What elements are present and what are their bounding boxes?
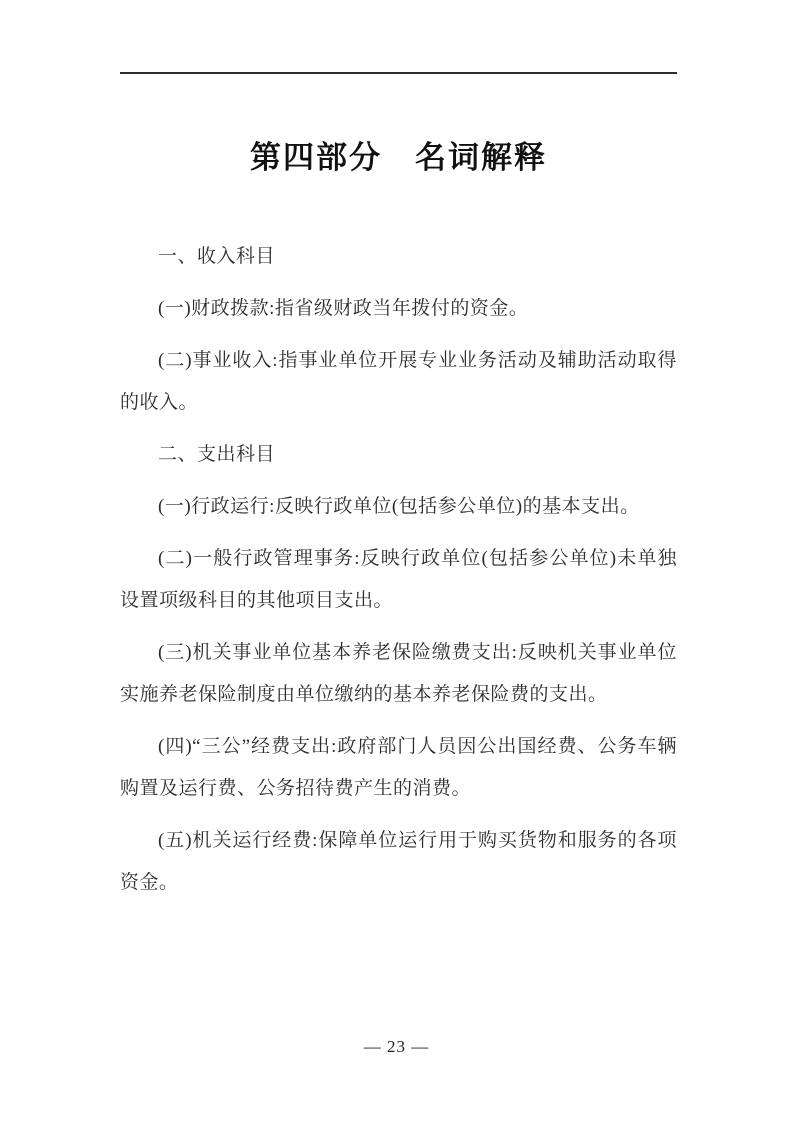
paragraph-general-admin-affairs: (二)一般行政管理事务:反映行政单位(包括参公单位)未单独设置项级科目的其他项目… (120, 538, 677, 622)
page-title: 第四部分 名词解释 (120, 138, 677, 178)
paragraph-administrative-operation: (一)行政运行:反映行政单位(包括参公单位)的基本支出。 (120, 486, 677, 528)
section-heading-expenditure: 二、支出科目 (120, 434, 677, 476)
header-rule (120, 72, 677, 74)
page-number: — 23 — (0, 1036, 793, 1058)
document-body: 一、收入科目 (一)财政拨款:指省级财政当年拨付的资金。 (二)事业收入:指事业… (120, 236, 677, 904)
section-heading-income: 一、收入科目 (120, 236, 677, 278)
document-page: 第四部分 名词解释 一、收入科目 (一)财政拨款:指省级财政当年拨付的资金。 (… (0, 0, 793, 1122)
paragraph-three-public-expenses: (四)“三公”经费支出:政府部门人员因公出国经费、公务车辆购置及运行费、公务招待… (120, 726, 677, 810)
paragraph-fiscal-appropriation: (一)财政拨款:指省级财政当年拨付的资金。 (120, 288, 677, 330)
paragraph-pension-contribution: (三)机关事业单位基本养老保险缴费支出:反映机关事业单位实施养老保险制度由单位缴… (120, 632, 677, 716)
paragraph-agency-operating-funds: (五)机关运行经费:保障单位运行用于购买货物和服务的各项资金。 (120, 820, 677, 904)
paragraph-operating-income: (二)事业收入:指事业单位开展专业业务活动及辅助活动取得的收入。 (120, 340, 677, 424)
